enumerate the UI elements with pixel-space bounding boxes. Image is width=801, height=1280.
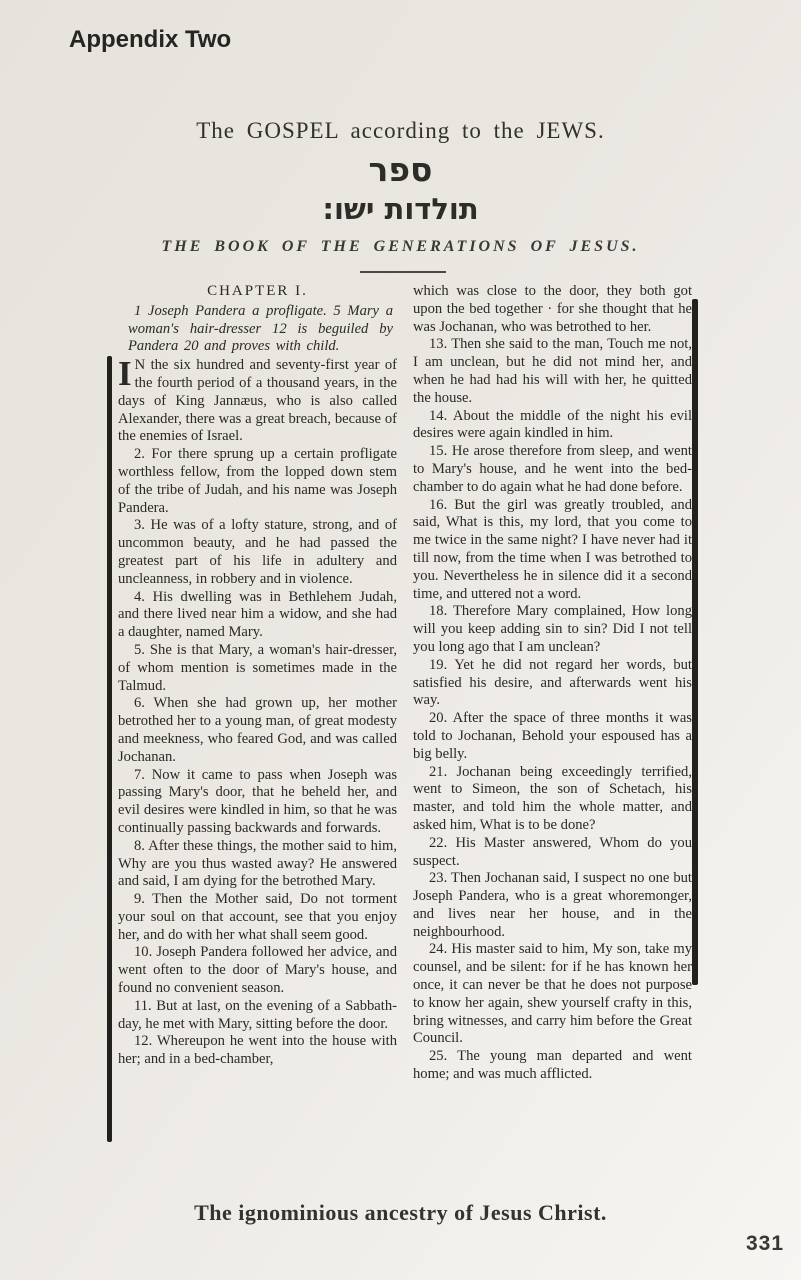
- verse-paragraph-opening: IN the six hundred and seventy-first yea…: [118, 357, 397, 446]
- verse-paragraph: 25. The young man departed and went home…: [413, 1048, 692, 1084]
- hebrew-title-line-2: תולדות ישו:: [0, 192, 801, 226]
- verse-paragraph: 2. For there sprung up a certain proflig…: [118, 446, 397, 517]
- chapter-heading: CHAPTER I.: [118, 283, 397, 301]
- drop-cap: I: [118, 357, 135, 389]
- verse-paragraph: 15. He arose therefore from sleep, and w…: [413, 443, 692, 496]
- verse-paragraph: 18. Therefore Mary complained, How long …: [413, 603, 692, 656]
- title-divider-rule: [360, 271, 446, 273]
- verse-paragraph: 19. Yet he did not regard her words, but…: [413, 657, 692, 710]
- verse-paragraph: 24. His master said to him, My son, take…: [413, 941, 692, 1048]
- footer-caption: The ignominious ancestry of Jesus Christ…: [0, 1200, 801, 1226]
- verse-paragraph: 20. After the space of three months it w…: [413, 710, 692, 763]
- verse-paragraph: 6. When she had grown up, her mother bet…: [118, 695, 397, 766]
- verse-continuation: which was close to the door, they both g…: [413, 283, 692, 336]
- left-margin-rule: [107, 356, 112, 1142]
- chapter-summary: 1 Joseph Pandera a profligate. 5 Mary a …: [118, 303, 397, 356]
- verse-paragraph: 7. Now it came to pass when Joseph was p…: [118, 767, 397, 838]
- verse-paragraph: 23. Then Jochanan said, I suspect no one…: [413, 870, 692, 941]
- verse-paragraph: 11. But at last, on the evening of a Sab…: [118, 998, 397, 1034]
- verse-paragraph: 22. His Master answered, Whom do you sus…: [413, 835, 692, 871]
- verse-paragraph: 14. About the middle of the night his ev…: [413, 408, 692, 444]
- appendix-label: Appendix Two: [69, 26, 231, 54]
- verse-paragraph: 5. She is that Mary, a woman's hair-dres…: [118, 642, 397, 695]
- verse-paragraph: 3. He was of a lofty stature, strong, an…: [118, 517, 397, 588]
- page-title: The GOSPEL according to the JEWS.: [0, 118, 801, 144]
- verse-paragraph: 9. Then the Mother said, Do not torment …: [118, 891, 397, 944]
- verse-paragraph: 4. His dwelling was in Bethlehem Judah, …: [118, 589, 397, 642]
- hebrew-title-line-1: ספר: [0, 152, 801, 188]
- right-margin-rule: [692, 299, 698, 985]
- verse-paragraph: 8. After these things, the mother said t…: [118, 838, 397, 891]
- page-subtitle: THE BOOK OF THE GENERATIONS OF JESUS.: [0, 238, 801, 256]
- scanned-book-page: Appendix Two The GOSPEL according to the…: [0, 0, 801, 1280]
- verse-paragraph: 21. Jochanan being exceedingly terrified…: [413, 764, 692, 835]
- opening-verse-text: N the six hundred and seventy-first year…: [118, 357, 397, 444]
- left-column: CHAPTER I. 1 Joseph Pandera a profligate…: [118, 283, 397, 1084]
- verse-paragraph: 16. But the girl was greatly troubled, a…: [413, 497, 692, 604]
- page-number: 331: [746, 1232, 784, 1256]
- right-column: which was close to the door, they both g…: [413, 283, 692, 1084]
- verse-paragraph: 13. Then she said to the man, Touch me n…: [413, 336, 692, 407]
- two-column-body: CHAPTER I. 1 Joseph Pandera a profligate…: [118, 283, 692, 1084]
- verse-paragraph: 10. Joseph Pandera followed her advice, …: [118, 944, 397, 997]
- verse-paragraph: 12. Whereupon he went into the house wit…: [118, 1033, 397, 1069]
